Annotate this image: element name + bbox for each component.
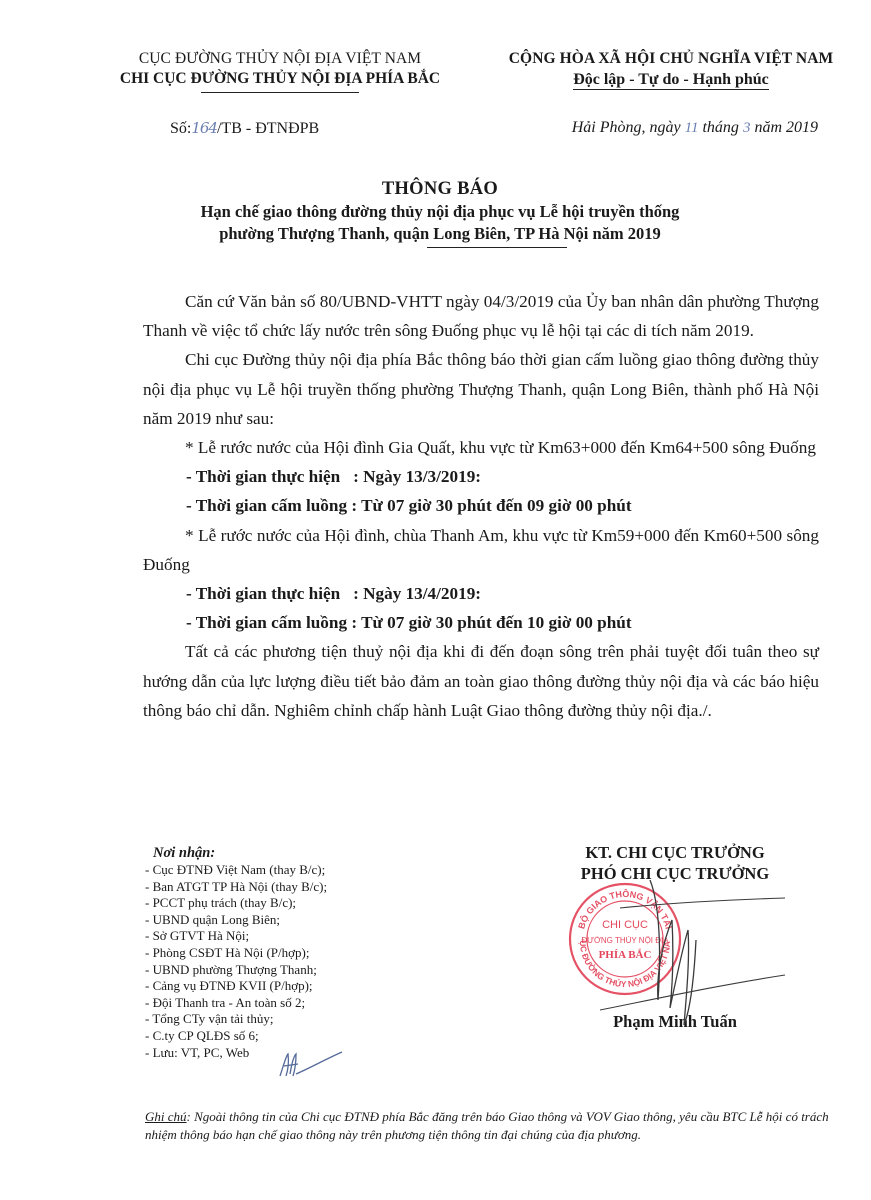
handwritten-signature-icon — [600, 880, 790, 1030]
recipient-item: - Phòng CSĐT Hà Nội (P/hợp); — [145, 945, 445, 962]
recipient-item: - Đội Thanh tra - An toàn số 2; — [145, 995, 445, 1012]
title-underline — [427, 247, 567, 248]
agency-name: CHI CỤC ĐƯỜNG THỦY NỘI ĐỊA PHÍA BẮC — [70, 69, 490, 89]
body-paragraph-compliance: Tất cả các phương tiện thuỷ nội địa khi … — [143, 637, 819, 725]
notice-subject-line1: Hạn chế giao thông đường thủy nội địa ph… — [140, 201, 740, 223]
event-date-line: - Thời gian thực hiện : Ngày 13/4/2019: — [143, 579, 819, 608]
event-ban-time-line: - Thời gian cấm luồng : Từ 07 giờ 30 phú… — [143, 608, 819, 637]
recipient-item: - Cảng vụ ĐTNĐ KVII (P/hợp); — [145, 978, 445, 995]
event-date-line: - Thời gian thực hiện : Ngày 13/3/2019: — [143, 462, 819, 491]
date-year: năm 2019 — [750, 119, 818, 136]
body-paragraph-legal-basis: Căn cứ Văn bản số 80/UBND-VHTT ngày 04/3… — [143, 287, 819, 345]
recipient-item: - Sở GTVT Hà Nội; — [145, 928, 445, 945]
signature-block: KT. CHI CỤC TRƯỞNG PHÓ CHI CỤC TRƯỞNG Ph… — [530, 842, 820, 884]
recipient-item: - C.ty CP QLĐS số 6; — [145, 1028, 445, 1045]
footnote-label: Ghi chú — [145, 1109, 187, 1124]
national-motto: Độc lập - Tự do - Hạnh phúc — [573, 71, 769, 90]
date-day-handwritten: 11 — [685, 120, 699, 136]
recipient-item: - Ban ATGT TP Hà Nội (thay B/c); — [145, 879, 445, 896]
footnote: Ghi chú: Ngoài thông tin của Chi cục ĐTN… — [145, 1108, 835, 1144]
recipient-item: - Tổng CTy vận tải thủy; — [145, 1011, 445, 1028]
country-name: CỘNG HÒA XÃ HỘI CHỦ NGHĨA VIỆT NAM — [476, 49, 866, 69]
body-paragraph-announcement: Chi cục Đường thủy nội địa phía Bắc thôn… — [143, 345, 819, 433]
notice-body: Căn cứ Văn bản số 80/UBND-VHTT ngày 04/3… — [143, 287, 819, 725]
event-description: * Lễ rước nước của Hội đình Gia Quất, kh… — [143, 433, 819, 462]
notice-subject-line2: phường Thượng Thanh, quận Long Biên, TP … — [140, 223, 740, 245]
notice-heading: THÔNG BÁO — [140, 177, 740, 201]
recipient-item: - UBND quận Long Biên; — [145, 912, 445, 929]
recipient-item: - UBND phường Thượng Thanh; — [145, 962, 445, 979]
doc-number-suffix: /TB - ĐTNĐPB — [217, 120, 319, 137]
recipient-item: - Cục ĐTNĐ Việt Nam (thay B/c); — [145, 862, 445, 879]
event-ban-time-line: - Thời gian cấm luồng : Từ 07 giờ 30 phú… — [143, 491, 819, 520]
notice-title-block: THÔNG BÁO Hạn chế giao thông đường thủy … — [140, 177, 740, 248]
footnote-text: : Ngoài thông tin của Chi cục ĐTNĐ phía … — [145, 1109, 829, 1142]
document-number: Số:164/TB - ĐTNĐPB — [170, 119, 319, 138]
recipients-heading: Nơi nhận: — [153, 845, 445, 862]
doc-number-prefix: Số: — [170, 120, 191, 137]
doc-number-handwritten: 164 — [191, 119, 217, 137]
document-date: Hải Phòng, ngày 11 tháng 3 năm 2019 — [480, 119, 818, 137]
event-description: * Lễ rước nước của Hội đình, chùa Thanh … — [143, 521, 819, 579]
national-header: CỘNG HÒA XÃ HỘI CHỦ NGHĨA VIỆT NAM Độc l… — [476, 49, 866, 91]
agency-underline — [201, 92, 359, 93]
signatory-authority: KT. CHI CỤC TRƯỞNG — [530, 842, 820, 863]
initials-scribble-icon — [276, 1050, 346, 1080]
issuing-agency-header: CỤC ĐƯỜNG THỦY NỘI ĐỊA VIỆT NAM CHI CỤC … — [70, 49, 490, 93]
recipients-list: Nơi nhận: - Cục ĐTNĐ Việt Nam (thay B/c)… — [145, 845, 445, 1061]
date-place: Hải Phòng, ngày — [572, 119, 685, 136]
parent-agency-name: CỤC ĐƯỜNG THỦY NỘI ĐỊA VIỆT NAM — [70, 49, 490, 69]
date-month-label: tháng — [698, 119, 742, 136]
recipient-item: - PCCT phụ trách (thay B/c); — [145, 895, 445, 912]
